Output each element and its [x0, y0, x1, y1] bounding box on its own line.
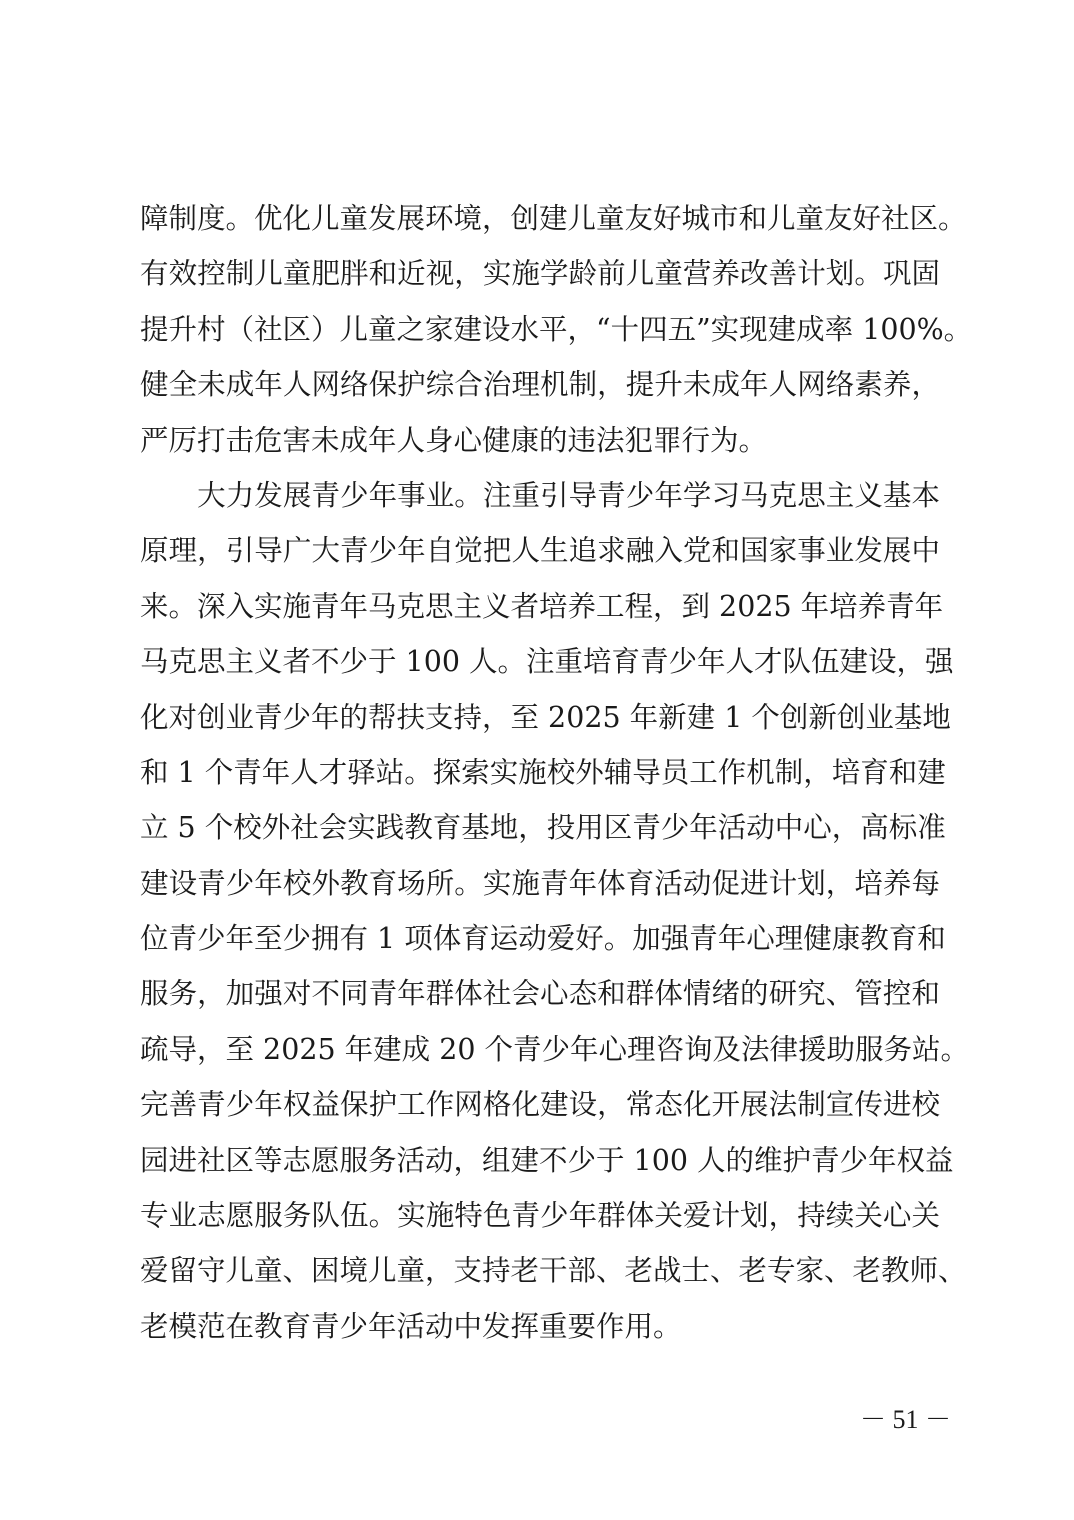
- text-line: 马克思主义者不少于 100 人。注重培育青少年人才队伍建设，强: [140, 634, 940, 689]
- text-line: 有效控制儿童肥胖和近视，实施学龄前儿童营养改善计划。巩固: [140, 246, 940, 301]
- text-line: 建设青少年校外教育场所。实施青年体育活动促进计划，培养每: [140, 856, 940, 911]
- text-line: 园进社区等志愿服务活动，组建不少于 100 人的维护青少年权益: [140, 1133, 940, 1188]
- text-line: 爱留守儿童、困境儿童，支持老干部、老战士、老专家、老教师、: [140, 1243, 940, 1298]
- text-line: 障制度。优化儿童发展环境，创建儿童友好城市和儿童友好社区。: [140, 191, 940, 246]
- text-line: 完善青少年权益保护工作网格化建设，常态化开展法制宣传进校: [140, 1077, 940, 1132]
- body-text: 障制度。优化儿童发展环境，创建儿童友好城市和儿童友好社区。 有效控制儿童肥胖和近…: [140, 191, 940, 1354]
- text-line: 原理，引导广大青少年自觉把人生追求融入党和国家事业发展中: [140, 523, 940, 578]
- text-line: 专业志愿服务队伍。实施特色青少年群体关爱计划，持续关心关: [140, 1188, 940, 1243]
- text-line: 服务，加强对不同青年群体社会心态和群体情绪的研究、管控和: [140, 966, 940, 1021]
- text-line: 立 5 个校外社会实践教育基地，投用区青少年活动中心，高标准: [140, 800, 940, 855]
- text-line: 大力发展青少年事业。注重引导青少年学习马克思主义基本: [140, 468, 940, 523]
- text-line: 位青少年至少拥有 1 项体育运动爱好。加强青年心理健康教育和: [140, 911, 940, 966]
- text-line: 老模范在教育青少年活动中发挥重要作用。: [140, 1299, 940, 1354]
- document-page: 障制度。优化儿童发展环境，创建儿童友好城市和儿童友好社区。 有效控制儿童肥胖和近…: [0, 0, 1074, 1520]
- text-line: 严厉打击危害未成年人身心健康的违法犯罪行为。: [140, 413, 940, 468]
- text-line: 化对创业青少年的帮扶支持，至 2025 年新建 1 个创新创业基地: [140, 690, 940, 745]
- text-line: 来。深入实施青年马克思主义者培养工程，到 2025 年培养青年: [140, 579, 940, 634]
- text-line: 提升村（社区）儿童之家建设水平，“十四五”实现建成率 100%。: [140, 302, 940, 357]
- text-line: 和 1 个青年人才驿站。探索实施校外辅导员工作机制，培育和建: [140, 745, 940, 800]
- text-line: 疏导，至 2025 年建成 20 个青少年心理咨询及法律援助服务站。: [140, 1022, 940, 1077]
- text-line: 健全未成年人网络保护综合治理机制，提升未成年人网络素养，: [140, 357, 940, 412]
- page-number: － 51 －: [860, 1399, 940, 1436]
